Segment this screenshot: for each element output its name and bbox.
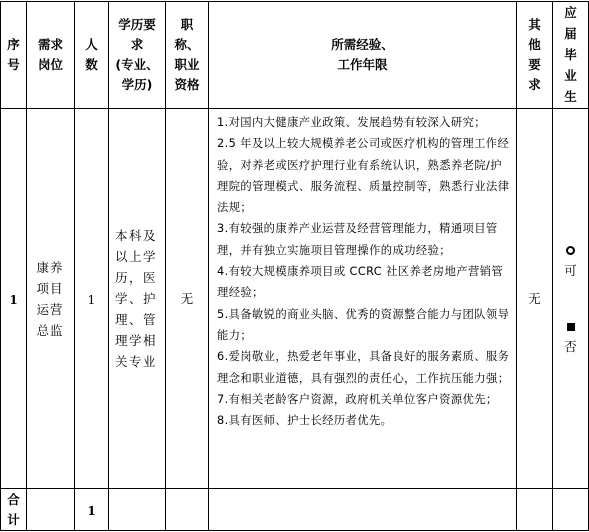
- experience-item: 2.5 年及以上较大规模养老公司或医疗机构的管理工作经验，对养老或医疗护理行业有…: [217, 133, 510, 218]
- experience-list: 1.对国内大健康产业政策、发展趋势有较深入研究； 2.5 年及以上较大规模养老公…: [217, 112, 510, 431]
- square-bullet-icon: [567, 323, 575, 331]
- total-row: 合计 1: [1, 489, 589, 531]
- cell-position: 康养项目运营总监: [27, 109, 75, 489]
- total-empty-position: [27, 489, 75, 531]
- total-empty-experience: [209, 489, 517, 531]
- cell-title: 无: [166, 109, 209, 489]
- header-experience: 所需经验、 工作年限: [209, 2, 517, 109]
- ring-bullet-icon: [566, 246, 575, 255]
- total-empty-other: [517, 489, 553, 531]
- cell-experience: 1.对国内大健康产业政策、发展趋势有较深入研究； 2.5 年及以上较大规模养老公…: [209, 109, 517, 489]
- cell-headcount: 1: [75, 109, 109, 489]
- total-headcount: 1: [75, 489, 109, 531]
- total-label: 合计: [1, 489, 27, 531]
- header-position: 需求岗位: [27, 2, 75, 109]
- header-education: 学历要 求 (专业、 学历): [109, 2, 166, 109]
- experience-item: 1.对国内大健康产业政策、发展趋势有较深入研究；: [217, 112, 510, 133]
- header-title: 职 称、 职业 资格: [166, 2, 209, 109]
- option-yes[interactable]: [553, 241, 588, 261]
- cell-seq: 1: [1, 109, 27, 489]
- job-requirements-table: 序号 需求岗位 人数 学历要 求 (专业、 学历) 职 称、 职业 资格 所需经…: [0, 1, 589, 531]
- table-row: 1 康养项目运营总监 1 本科及以上学历，医学、护理、管理学相关专业 无 1.对…: [1, 109, 589, 489]
- experience-item: 3.有较强的康养产业运营及经营管理能力，精通项目管理，并有独立实施项目管理操作的…: [217, 218, 510, 261]
- total-empty-education: [109, 489, 166, 531]
- header-headcount: 人数: [75, 2, 109, 109]
- option-no[interactable]: [553, 317, 588, 337]
- option-yes-label: 可: [553, 261, 588, 281]
- header-seq: 序号: [1, 2, 27, 109]
- total-empty-title: [166, 489, 209, 531]
- total-empty-fresh-grad: [553, 489, 589, 531]
- experience-item: 6.爱岗敬业，热爱老年事业，具备良好的服务素质、服务理念和职业道德，具有强烈的责…: [217, 346, 510, 389]
- header-fresh-grad: 应届毕业生: [553, 2, 589, 109]
- cell-other: 无: [517, 109, 553, 489]
- experience-item: 7.有相关老龄客户资源，政府机关单位客户资源优先；: [217, 389, 510, 410]
- header-other: 其他要求: [517, 2, 553, 109]
- option-no-label: 否: [553, 337, 588, 357]
- experience-item: 4.有较大规模康养项目或 CCRC 社区养老房地产营销管理经验；: [217, 261, 510, 304]
- cell-fresh-grad: 可 否: [553, 109, 589, 489]
- header-row: 序号 需求岗位 人数 学历要 求 (专业、 学历) 职 称、 职业 资格 所需经…: [1, 2, 589, 109]
- experience-item: 8.具有医师、护士长经历者优先。: [217, 410, 510, 431]
- experience-item: 5.具备敏锐的商业头脑、优秀的资源整合能力与团队领导能力；: [217, 304, 510, 347]
- cell-education: 本科及以上学历，医学、护理、管理学相关专业: [109, 109, 166, 489]
